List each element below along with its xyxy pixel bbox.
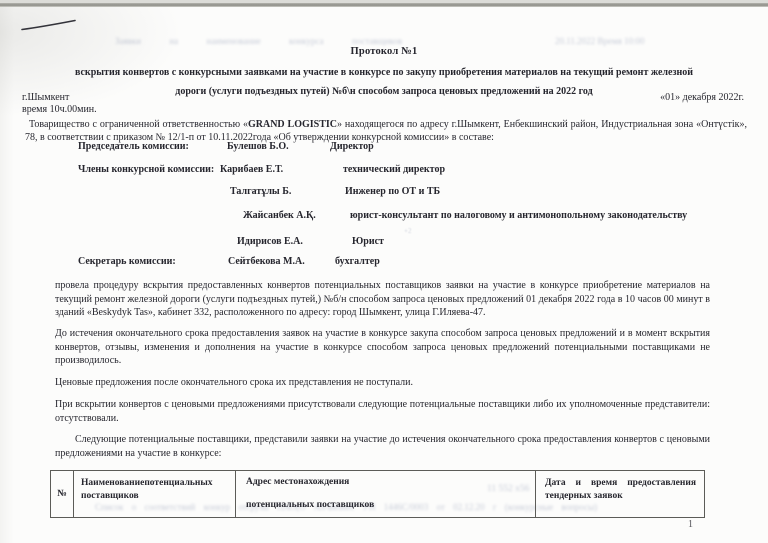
commission-row: Секретарь комиссии: Сейтбекова М.А. бухг…	[0, 256, 768, 270]
commission-member-name: Идирисов Е.А.	[237, 236, 303, 247]
supplier-address-header-line-2: потенциальных поставщиков	[246, 499, 525, 512]
table-header-number: №	[51, 471, 74, 517]
time-label: время 10ч.00мин.	[22, 104, 97, 115]
commission-member-position: Директор	[330, 141, 374, 152]
pen-mark-icon	[21, 19, 77, 31]
intro-text-pre: Товарищество с ограниченной ответственно…	[29, 119, 248, 130]
city-label: г.Шымкент	[22, 92, 69, 103]
body-paragraph-deadline: До истечения окончательного срока предос…	[55, 327, 710, 368]
bleed-through-text: 20.11.2022 Время 10:00	[555, 36, 645, 46]
commission-member-position: Юрист	[352, 236, 384, 247]
commission-member-name: Сейтбекова М.А.	[228, 256, 305, 267]
document-title: Протокол №1	[0, 46, 768, 57]
scanned-protocol-page: Заявки на наименование конкурса поставщи…	[0, 0, 768, 543]
body-paragraph-suppliers-intro: Следующие потенциальные поставщики, пред…	[55, 433, 710, 460]
page-number: 1	[688, 519, 693, 530]
commission-member-name: Булешов Б.О.	[227, 141, 289, 152]
subtitle-line-1: вскрытия конвертов с конкурсными заявкам…	[30, 63, 738, 82]
scanner-edge-band	[0, 3, 768, 7]
commission-row: Жайсанбек А.Қ. юрист-консультант по нало…	[0, 210, 768, 224]
commission-member-position: юрист-консультант по налоговому и антимо…	[350, 210, 687, 221]
company-name: GRAND LOGISTIC	[248, 119, 337, 130]
header-line-gap	[246, 489, 525, 499]
table-header-supplier-name: Наименованиепотенциальных поставщиков	[74, 471, 236, 517]
bleed-through-text: Заявки на наименование конкурса поставщи…	[115, 36, 402, 46]
commission-row: Идирисов Е.А. Юрист	[0, 236, 768, 250]
suppliers-table: № Наименованиепотенциальных поставщиков …	[50, 470, 705, 518]
commission-member-name: Карибаев Е.Т.	[220, 164, 283, 175]
commission-role-label: Председатель комиссии:	[78, 141, 189, 152]
body-paragraph-late-offers: Ценовые предложения после окончательного…	[55, 376, 710, 390]
city-date-row: г.Шымкент «01» декабря 2022г.	[22, 92, 744, 103]
date-label: «01» декабря 2022г.	[660, 92, 744, 103]
commission-member-name: Жайсанбек А.Қ.	[243, 210, 316, 221]
commission-role-label: Члены конкурсной комиссии:	[78, 164, 214, 175]
commission-role-label: Секретарь комиссии:	[78, 256, 176, 267]
body-paragraph-procedure: провела процедуру вскрытия предоставленн…	[55, 279, 710, 320]
table-header-submission-datetime: Дата и время предоставления тендерных за…	[536, 471, 704, 517]
commission-member-position: бухгалтер	[335, 256, 380, 267]
supplier-address-header-line-1: Адрес местонахождения	[246, 476, 525, 489]
commission-row: Председатель комиссии: Булешов Б.О. Дире…	[0, 141, 768, 155]
body-paragraph-attendees: При вскрытии конвертов с ценовыми предло…	[55, 398, 710, 425]
commission-row: Талгатұлы Б. Инженер по ОТ и ТБ	[0, 186, 768, 200]
bleed-through-text: +2	[404, 227, 411, 235]
supplier-name-header-line-2: поставщиков	[81, 490, 229, 503]
commission-row: Члены конкурсной комиссии: Карибаев Е.Т.…	[0, 164, 768, 178]
table-header-supplier-address: Адрес местонахождения потенциальных пост…	[236, 471, 536, 517]
supplier-name-header-line-1: Наименованиепотенциальных	[81, 477, 229, 490]
commission-member-position: Инженер по ОТ и ТБ	[345, 186, 440, 197]
commission-member-name: Талгатұлы Б.	[230, 186, 291, 197]
commission-member-position: технический директор	[343, 164, 445, 175]
